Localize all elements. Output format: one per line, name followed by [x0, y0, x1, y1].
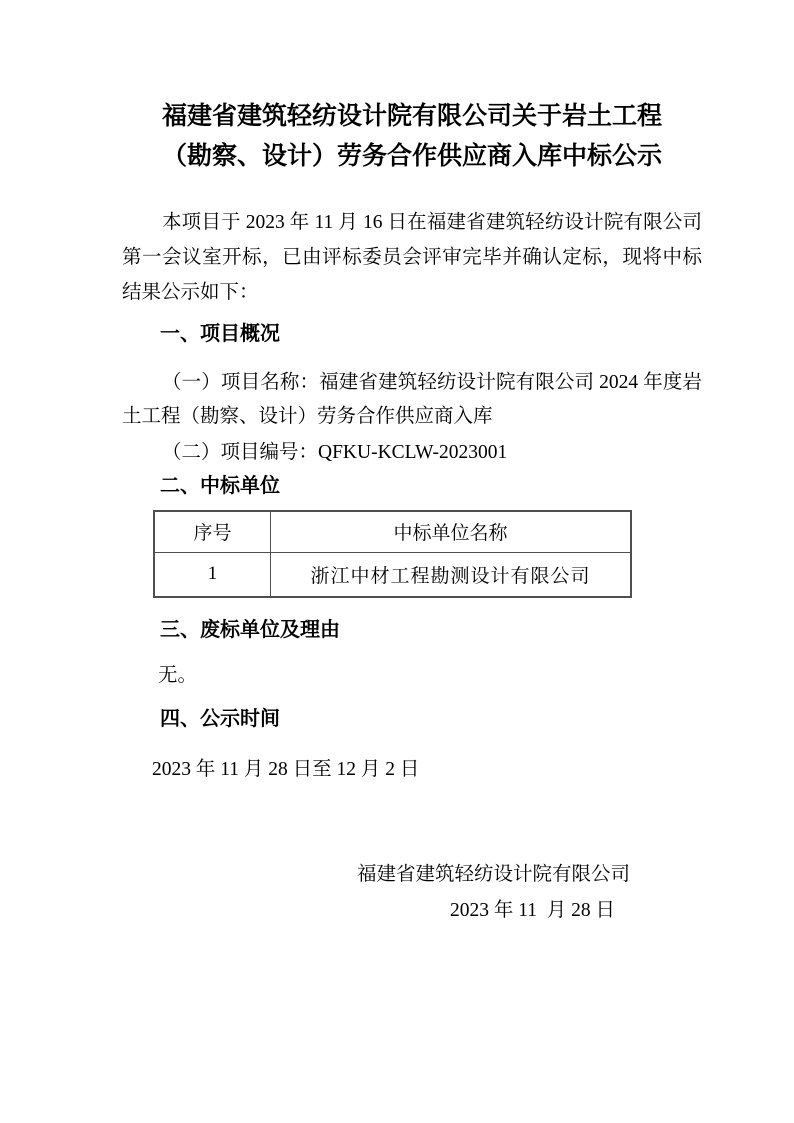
- section1-heading: 一、项目概况: [122, 320, 702, 348]
- table-header-unit-name: 中标单位名称: [271, 511, 632, 552]
- winning-bidder-table: 序号 中标单位名称 1 浙江中材工程勘测设计有限公司: [153, 510, 632, 598]
- section4-body: 2023 年 11 月 28 日至 12 月 2 日: [122, 753, 702, 787]
- section3-heading: 三、废标单位及理由: [122, 616, 702, 644]
- table-cell-serial: 1: [154, 552, 271, 597]
- section4-heading: 四、公示时间: [122, 705, 702, 733]
- section2-heading: 二、中标单位: [122, 472, 702, 500]
- project-name-line: （一）项目名称：福建省建筑轻纺设计院有限公司 2024 年度岩土工程（勘察、设计…: [122, 366, 702, 434]
- signature-block: 福建省建筑轻纺设计院有限公司 2023 年 11 月 28 日: [122, 857, 702, 929]
- document-title: 福建省建筑轻纺设计院有限公司关于岩土工程 （勘察、设计）劳务合作供应商入库中标公…: [122, 97, 702, 177]
- signature-date: 2023 年 11 月 28 日: [122, 893, 702, 929]
- table-row: 1 浙江中材工程勘测设计有限公司: [154, 552, 631, 597]
- table-header-serial: 序号: [154, 511, 271, 552]
- project-number-line: （二）项目编号：QFKU-KCLW-2023001: [122, 436, 702, 470]
- document-page: 福建省建筑轻纺设计院有限公司关于岩土工程 （勘察、设计）劳务合作供应商入库中标公…: [0, 0, 794, 1123]
- document-title-line2: （勘察、设计）劳务合作供应商入库中标公示: [122, 137, 702, 177]
- table-cell-unit-name: 浙江中材工程勘测设计有限公司: [271, 552, 632, 597]
- intro-paragraph: 本项目于 2023 年 11 月 16 日在福建省建筑轻纺设计院有限公司第一会议…: [122, 205, 702, 310]
- table-header-row: 序号 中标单位名称: [154, 511, 631, 552]
- section3-body: 无。: [122, 659, 702, 693]
- document-title-line1: 福建省建筑轻纺设计院有限公司关于岩土工程: [122, 97, 702, 137]
- signature-organization: 福建省建筑轻纺设计院有限公司: [122, 857, 702, 893]
